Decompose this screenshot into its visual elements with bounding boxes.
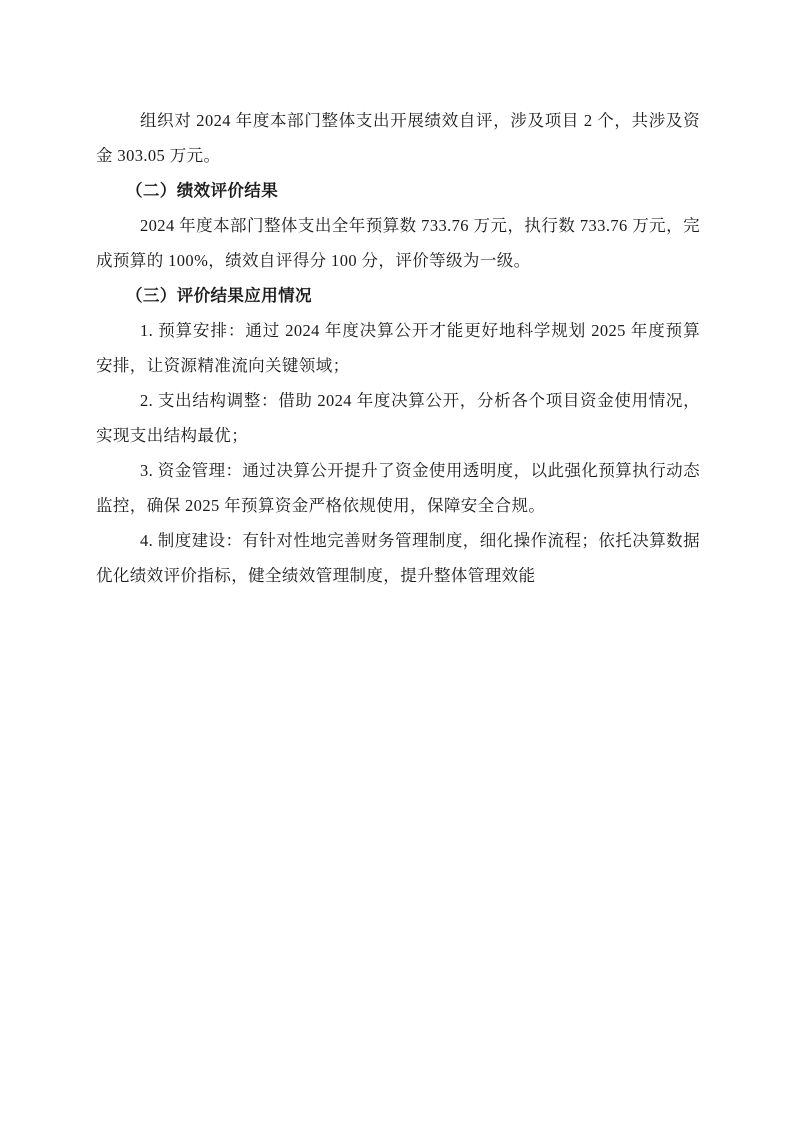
paragraph-self-evaluation-scope: 组织对 2024 年度本部门整体支出开展绩效自评，涉及项目 2 个，共涉及资金 … bbox=[96, 103, 700, 173]
list-item-system-construction: 4. 制度建设：有针对性地完善财务管理制度，细化操作流程；依托决算数据优化绩效评… bbox=[96, 523, 700, 593]
paragraph-evaluation-results: 2024 年度本部门整体支出全年预算数 733.76 万元，执行数 733.76… bbox=[96, 208, 700, 278]
section-heading-evaluation-results: （二）绩效评价结果 bbox=[96, 173, 700, 208]
list-item-fund-management: 3. 资金管理：通过决算公开提升了资金使用透明度，以此强化预算执行动态监控，确保… bbox=[96, 453, 700, 523]
document-page: 组织对 2024 年度本部门整体支出开展绩效自评，涉及项目 2 个，共涉及资金 … bbox=[96, 103, 700, 593]
list-item-budget-arrangement: 1. 预算安排：通过 2024 年度决算公开才能更好地科学规划 2025 年度预… bbox=[96, 313, 700, 383]
list-item-expenditure-structure: 2. 支出结构调整：借助 2024 年度决算公开，分析各个项目资金使用情况，实现… bbox=[96, 383, 700, 453]
section-heading-results-application: （三）评价结果应用情况 bbox=[96, 278, 700, 313]
